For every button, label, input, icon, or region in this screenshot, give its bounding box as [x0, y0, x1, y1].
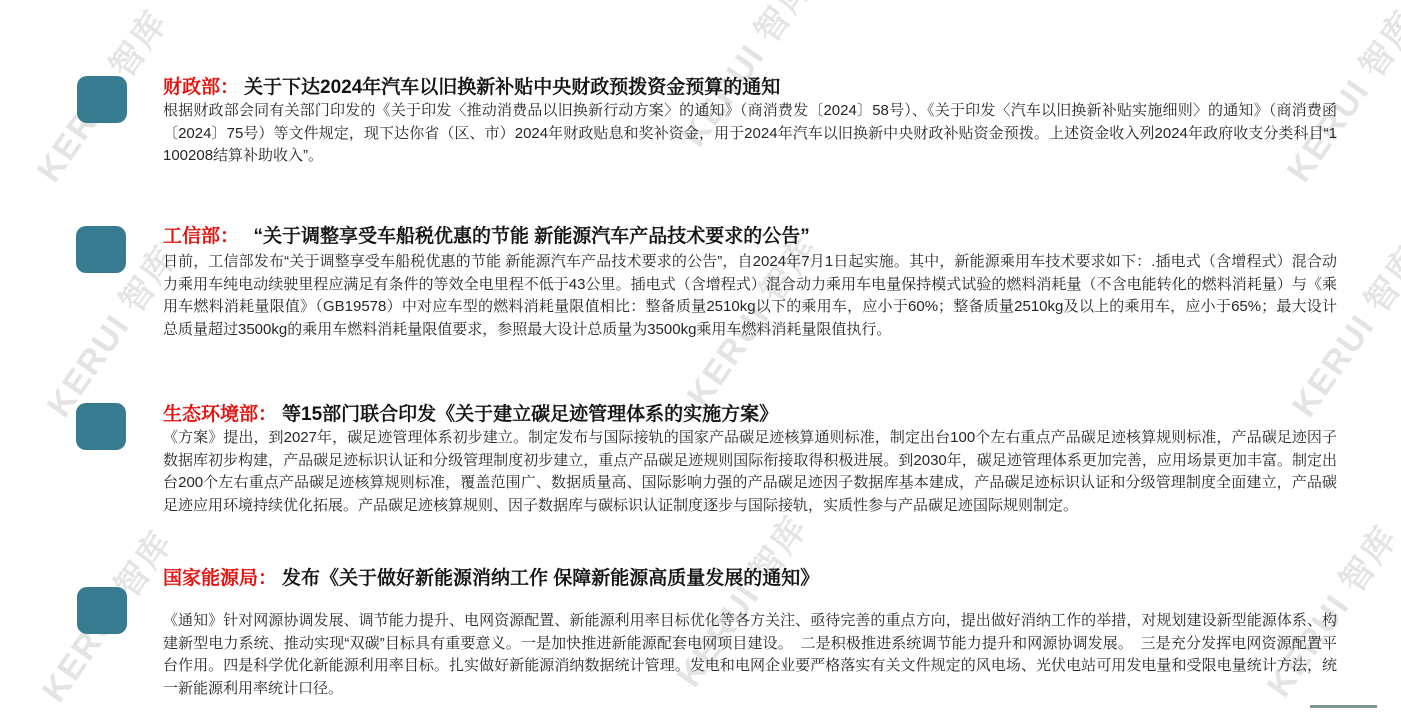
news-title: 工信部： “关于调整享受车船税优惠的节能 新能源汽车产品技术要求的公告”: [163, 221, 1363, 248]
ministry-label: 生态环境部：: [163, 404, 277, 425]
news-title: 国家能源局：发布《关于做好新能源消纳工作 保障新能源高质量发展的通知》: [163, 563, 1363, 590]
news-title-text: 关于下达2024年汽车以旧换新补贴中央财政预拨资金预算的通知: [244, 77, 780, 98]
bottom-accent-bar: [1310, 705, 1377, 708]
news-title-text: 发布《关于做好新能源消纳工作 保障新能源高质量发展的通知》: [282, 568, 819, 589]
news-title: 财政部：关于下达2024年汽车以旧换新补贴中央财政预拨资金预算的通知: [163, 72, 1363, 99]
bullet-square-icon: [76, 226, 126, 273]
bullet-square-icon: [76, 403, 126, 450]
news-body: 《通知》针对网源协调发展、调节能力提升、电网资源配置、新能源利用率目标优化等各方…: [163, 610, 1337, 700]
ministry-label: 财政部：: [163, 77, 239, 98]
news-title-text: “关于调整享受车船税优惠的节能 新能源汽车产品技术要求的公告”: [235, 226, 810, 247]
news-body: 日前，工信部发布“关于调整享受车船税优惠的节能 新能源汽车产品技术要求的公告”，…: [163, 251, 1337, 341]
bullet-square-icon: [77, 76, 127, 123]
news-title: 生态环境部：等15部门联合印发《关于建立碳足迹管理体系的实施方案》: [163, 399, 1363, 426]
ministry-label: 国家能源局：: [163, 568, 277, 589]
ministry-label: 工信部：: [163, 226, 230, 247]
news-title-text: 等15部门联合印发《关于建立碳足迹管理体系的实施方案》: [282, 404, 778, 425]
news-digest-page: KERUI 智库 KERUI 智库 KERUI 智库 KERUI 智库 KERU…: [0, 0, 1401, 713]
news-body: 根据财政部会同有关部门印发的《关于印发〈推动消费品以旧换新行动方案〉的通知》（商…: [163, 100, 1337, 168]
bullet-square-icon: [77, 587, 127, 634]
news-body: 《方案》提出，到2027年，碳足迹管理体系初步建立。制定发布与国际接轨的国家产品…: [163, 427, 1337, 517]
